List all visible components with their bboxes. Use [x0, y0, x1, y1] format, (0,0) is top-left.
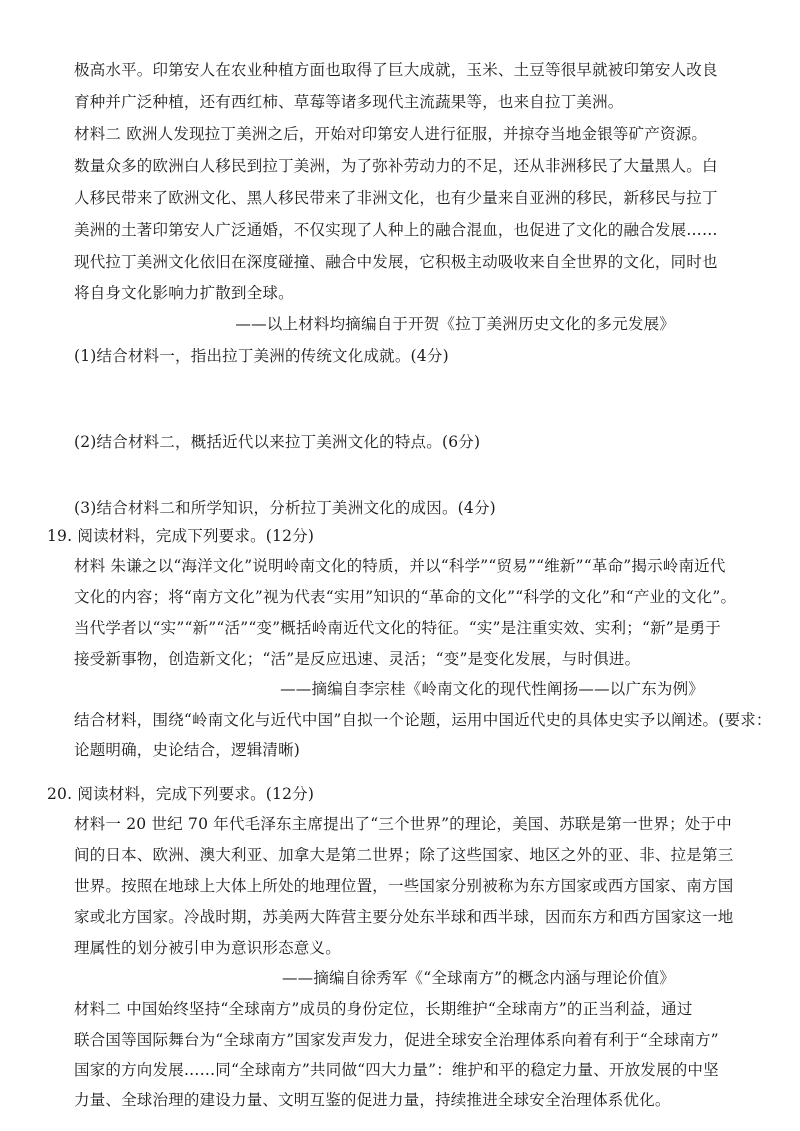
material2-text-line: 数量众多的欧洲白人移民到拉丁美洲，为了弥补劳动力的不足，还从非洲移民了大量黑人。…: [74, 156, 718, 176]
q20-material1-line: 间的日本、欧洲、澳大利亚、加拿大是第二世界；除了这些国家、地区之外的亚、非、拉是…: [74, 845, 733, 865]
question-19-header: 19. 阅读材料，完成下列要求。(12分): [47, 526, 314, 546]
q19-material-line: 文化的内容；将“南方文化”视为代表“实用”知识的“革命的文化”“科学的文化”和“…: [74, 587, 736, 607]
q19-material-line: 当代学者以“实”“新”“活”“变”概括岭南近代文化的特征。“实”是注重实效、实利…: [74, 618, 721, 638]
q19-question-line: 论题明确，史论结合，逻辑清晰): [74, 740, 300, 760]
q20-material2-line: 国家的方向发展……同“全球南方”共同做“四大力量”：维护和平的稳定力量、开放发展…: [74, 1060, 719, 1080]
sub-question-1: (1)结合材料一，指出拉丁美洲的传统文化成就。(4分): [74, 346, 449, 366]
q19-question-line: 结合材料，围绕“岭南文化与近代中国”自拟一个论题，运用中国近代史的具体史实予以阐…: [74, 710, 772, 730]
q20-material1-line: 材料一 20 世纪 70 年代毛泽东主席提出了“三个世界”的理论，美国、苏联是第…: [74, 814, 732, 834]
material2-text-line: 现代拉丁美洲文化依旧在深度碰撞、融合中发展，它积极主动吸收来自全世界的文化，同时…: [74, 252, 718, 272]
q19-material-line: 材料 朱谦之以“海洋文化”说明岭南文化的特质，并以“科学”“贸易”“维新”“革命…: [74, 556, 726, 576]
material2-text-line: 将自身文化影响力扩散到全球。: [74, 283, 294, 303]
q19-material-line: 接受新事物，创造新文化；“活”是反应迅速、灵活；“变”是变化发展，与时俱进。: [74, 649, 640, 669]
question-20-header: 20. 阅读材料，完成下列要求。(12分): [47, 784, 314, 804]
source-citation: ——摘编自徐秀军《“全球南方”的概念内涵与理论价值》: [282, 968, 675, 988]
q20-material1-line: 理属性的划分被引申为意识形态意义。: [74, 938, 341, 958]
q20-material1-line: 家或北方国家。冷战时期，苏美两大阵营主要分处东半球和西半球，因而东方和西方国家这…: [74, 907, 733, 927]
q20-material2-line: 联合国等国际舞台为“全球南方”国家发声发力，促进全球安全治理体系向着有利于“全球…: [74, 1030, 719, 1050]
material2-text-line: 材料二 欧洲人发现拉丁美洲之后，开始对印第安人进行征服，并掠夺当地金银等矿产资源…: [74, 124, 707, 144]
material2-text-line: 美洲的土著印第安人广泛通婚，不仅实现了人种上的融合混血，也促进了文化的融合发展……: [74, 220, 718, 240]
sub-question-3: (3)结合材料二和所学知识，分析拉丁美洲文化的成因。(4分): [74, 498, 496, 518]
material1-text-line: 极高水平。印第安人在农业种植方面也取得了巨大成就，玉米、土豆等很早就被印第安人改…: [74, 60, 718, 80]
source-citation: ——摘编自李宗桂《岭南文化的现代性阐扬——以广东为例》: [280, 679, 704, 699]
q20-material1-line: 世界。按照在地球上大体上所处的地理位置，一些国家分别被称为东方国家或西方国家、南…: [74, 876, 733, 896]
q20-material2-line: 材料二 中国始终坚持“全球南方”成员的身份定位，长期维护“全球南方”的正当利益，…: [74, 999, 693, 1019]
source-citation: ——以上材料均摘编自于开贺《拉丁美洲历史文化的多元发展》: [235, 314, 675, 334]
material1-text-line: 育种并广泛种植，还有西红柿、草莓等诸多现代主流蔬果等，也来自拉丁美洲。: [74, 92, 624, 112]
material2-text-line: 人移民带来了欧洲文化、黑人移民带来了非洲文化，也有少量来自亚洲的移民，新移民与拉…: [74, 188, 718, 208]
q20-material2-line: 力量、全球治理的建设力量、文明互鉴的促进力量，持续推进全球安全治理体系优化。: [74, 1090, 671, 1110]
sub-question-2: (2)结合材料二，概括近代以来拉丁美洲文化的特点。(6分): [74, 432, 480, 452]
